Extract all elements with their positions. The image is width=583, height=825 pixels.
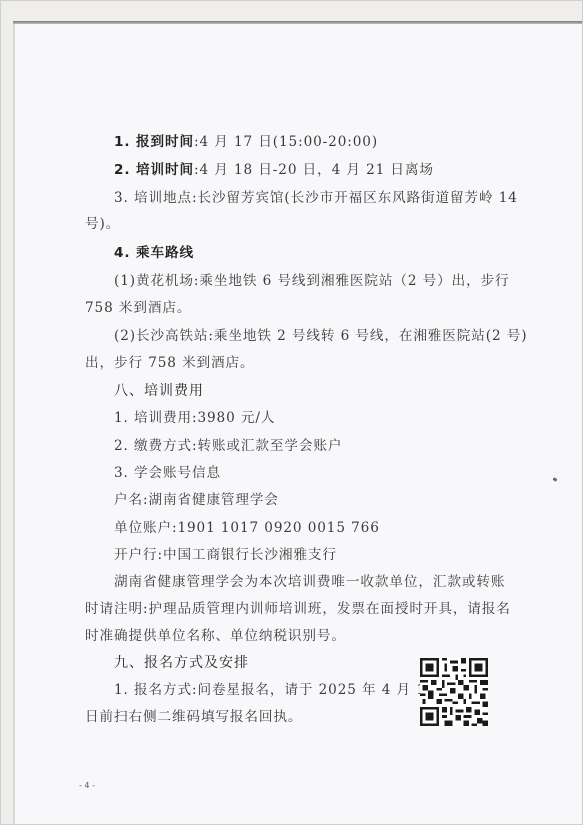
payment-note-line-3: 时准确提供单位名称、单位纳税识别号。 (85, 628, 525, 644)
training-time-line: 2. 培训时间:4 月 18 日-20 日，4 月 21 日离场 (114, 162, 554, 178)
section-registration-heading: 九、报名方式及安排 (114, 655, 554, 671)
payment-method-line: 2. 缴费方式:转账或汇款至学会账户 (114, 438, 554, 454)
registration-method-line: 1. 报名方式:问卷星报名，请于 2025 年 4 月 10 (114, 682, 554, 698)
training-location-line: 3. 培训地点:长沙留芳宾馆(长沙市开福区东风路街道留芳岭 14 (114, 190, 554, 206)
route-railway-continuation: 出，步行 758 米到酒店。 (85, 355, 525, 371)
document-page: 1. 报到时间:4 月 17 日(15:00-20:00) 2. 培训时间:4 … (13, 21, 582, 824)
registration-time-value: :4 月 17 日(15:00-20:00) (194, 134, 378, 150)
document-viewer: 1. 报到时间:4 月 17 日(15:00-20:00) 2. 培训时间:4 … (0, 0, 583, 825)
qr-code-icon[interactable] (420, 658, 488, 726)
payment-note-line-1: 湖南省健康管理学会为本次培训费唯一收款单位，汇款或转账 (114, 574, 554, 590)
account-info-heading: 3. 学会账号信息 (114, 465, 554, 481)
route-airport-continuation: 758 米到酒店。 (85, 300, 525, 316)
section-training-fee-heading: 八、培训费用 (114, 383, 554, 399)
route-airport-line: (1)黄花机场:乘坐地铁 6 号线到湘雅医院站（2 号）出，步行 (114, 273, 554, 289)
scan-artifact-mark (553, 477, 558, 482)
registration-time-label: 1. 报到时间 (114, 134, 194, 150)
training-time-label: 2. 培训时间 (114, 162, 194, 178)
account-number-line: 单位账户:1901 1017 0920 0015 766 (114, 520, 554, 536)
training-time-value: :4 月 18 日-20 日，4 月 21 日离场 (194, 162, 434, 178)
account-name-line: 户名:湖南省健康管理学会 (114, 492, 554, 508)
payment-note-line-2: 时请注明:护理品质管理内训师培训班，发票在面授时开具，请报名 (85, 601, 525, 617)
bank-line: 开户行:中国工商银行长沙湘雅支行 (114, 547, 554, 563)
training-location-continuation: 号)。 (85, 216, 525, 232)
page-number: - 4 - (79, 781, 95, 790)
training-fee-line: 1. 培训费用:3980 元/人 (114, 410, 554, 426)
registration-time-line: 1. 报到时间:4 月 17 日(15:00-20:00) (114, 134, 554, 150)
route-railway-line: (2)长沙高铁站:乘坐地铁 2 号线转 6 号线，在湘雅医院站(2 号) (114, 328, 554, 344)
route-heading: 4. 乘车路线 (114, 245, 554, 261)
